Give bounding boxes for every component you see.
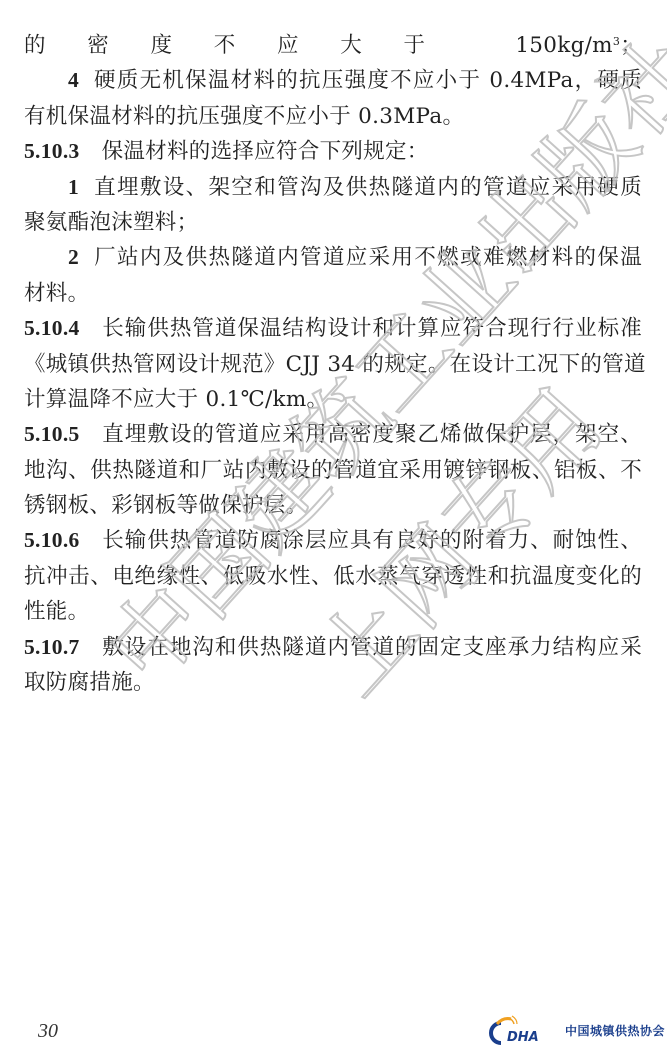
clause-5-10-5: 5.10.5直埋敷设的管道应采用高密度聚乙烯做保护层，架空、 [24, 417, 642, 452]
clause-5-10-3: 5.10.3保温材料的选择应符合下列规定： [24, 134, 642, 169]
text-line: 性能。 [24, 594, 642, 629]
text-line: 的密度不应大于 150kg/m3； [24, 28, 642, 63]
clause-5-10-4: 5.10.4长输供热管道保温结构设计和计算应符合现行行业标准 [24, 311, 642, 346]
association-logo: DHA 中国城镇供热协会 [487, 1014, 665, 1046]
list-item-2: 2厂站内及供热隧道内管道应采用不燃或难燃材料的保温 [24, 240, 642, 275]
text-line: 地沟、供热隧道和厂站内敷设的管道宜采用镀锌钢板、铝板、不 [24, 453, 642, 488]
text-line: 计算温降不应大于 0.1℃/km。 [24, 382, 642, 417]
list-item-1: 1直埋敷设、架空和管沟及供热隧道内的管道应采用硬质 [24, 170, 642, 205]
clause-5-10-7: 5.10.7敷设在地沟和供热隧道内管道的固定支座承力结构应采 [24, 630, 642, 665]
clause-5-10-6: 5.10.6长输供热管道防腐涂层应具有良好的附着力、耐蚀性、 [24, 523, 642, 558]
svg-text:DHA: DHA [507, 1030, 539, 1045]
text-line: 材料。 [24, 276, 642, 311]
text-line: 锈钢板、彩钢板等做保护层。 [24, 488, 642, 523]
list-item-4: 4硬质无机保温材料的抗压强度不应小于 0.4MPa，硬质 [24, 63, 642, 98]
text-line: 有机保温材料的抗压强度不应小于 0.3MPa。 [24, 99, 642, 134]
document-body: 的密度不应大于 150kg/m3； 4硬质无机保温材料的抗压强度不应小于 0.4… [24, 28, 642, 700]
text-line: 取防腐措施。 [24, 665, 642, 700]
cdha-logo-icon: DHA [487, 1015, 559, 1045]
page-number: 30 [38, 1020, 58, 1043]
document-page: 的密度不应大于 150kg/m3； 4硬质无机保温材料的抗压强度不应小于 0.4… [0, 0, 667, 1058]
text-line: 聚氨酯泡沫塑料； [24, 205, 642, 240]
text-line: 抗冲击、电绝缘性、低吸水性、低水蒸气穿透性和抗温度变化的 [24, 559, 642, 594]
text-line: 《城镇供热管网设计规范》CJJ 34 的规定。在设计工况下的管道 [24, 347, 642, 382]
logo-name: 中国城镇供热协会 [565, 1022, 665, 1039]
